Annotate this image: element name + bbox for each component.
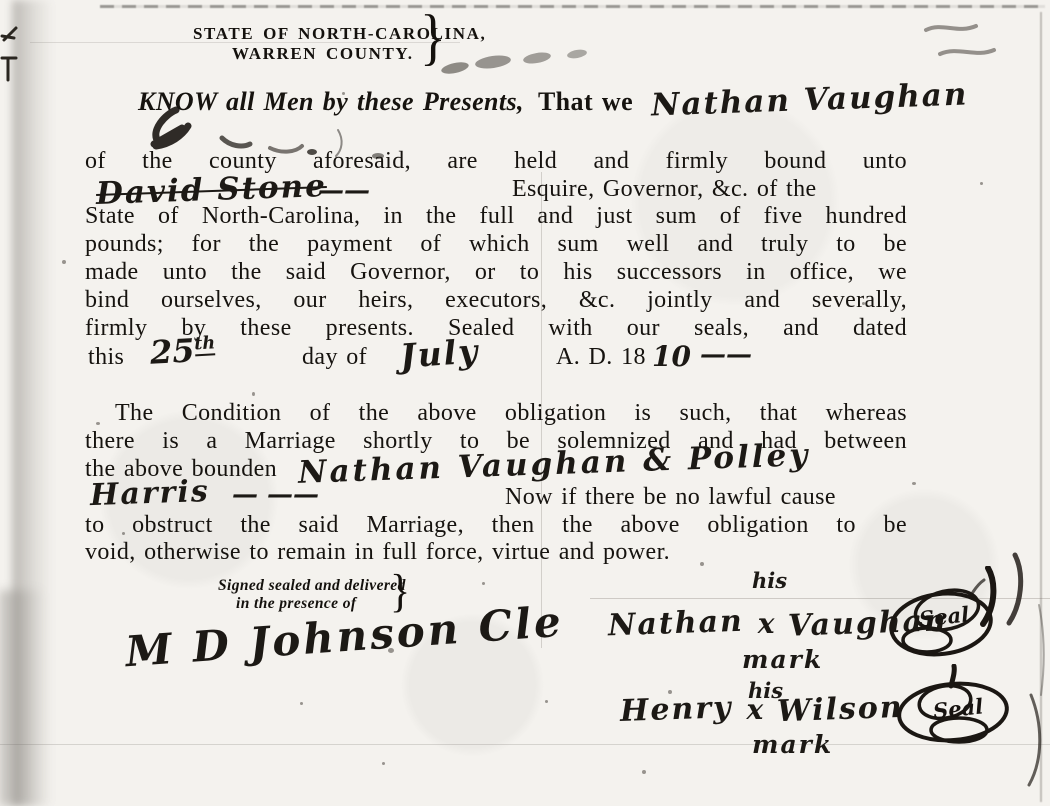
signer1-first-name: Nathan bbox=[607, 604, 744, 644]
signer1-seal-word: Seal bbox=[918, 601, 970, 631]
signer2-last-name: Wilson bbox=[777, 690, 905, 729]
surname-trailing-dashes: — —— bbox=[232, 480, 319, 510]
signer1-x-mark: x bbox=[758, 607, 775, 640]
date-this: this bbox=[88, 344, 124, 371]
signer2-name-line: Henry x Wilson bbox=[620, 692, 904, 727]
top-right-pencil-marks bbox=[918, 14, 1038, 66]
scanned-marriage-bond-document: STATE OF NORTH-CAROLINA, WARREN COUNTY. … bbox=[0, 0, 1050, 806]
header-brace: } bbox=[420, 6, 446, 68]
signer2-seal-word: Seal bbox=[932, 693, 984, 723]
opening-line: KNOW all Men by these Presents, That we … bbox=[138, 82, 968, 118]
date-year-handwritten: 10 bbox=[652, 340, 691, 373]
county-heading: WARREN COUNTY. bbox=[232, 44, 414, 64]
condition-line-4-printed: Now if there be no lawful cause bbox=[505, 484, 836, 511]
witness-attestation-line-1: Signed sealed and delivered bbox=[218, 577, 406, 595]
principal-name-handwritten: Nathan Vaughan bbox=[650, 76, 968, 123]
date-day-suffix: th bbox=[194, 333, 216, 357]
date-day-number: 25 bbox=[149, 331, 195, 371]
date-ad18: A. D. 18 bbox=[556, 344, 646, 371]
condition-line-1: The Condition of the above obligation is… bbox=[115, 400, 907, 427]
date-trailing-dash: —— bbox=[700, 340, 752, 370]
condition-line-5: to obstruct the said Marriage, then the … bbox=[85, 512, 907, 539]
bond-line-6: bind ourselves, our heirs, executors, &c… bbox=[85, 287, 907, 314]
signer2-seal: Seal bbox=[893, 664, 1021, 758]
left-edge-shadow-lower bbox=[0, 590, 56, 806]
signer2-x-mark: x bbox=[746, 693, 763, 726]
bond-line-2: Esquire, Governor, &c. of the bbox=[512, 176, 817, 203]
top-left-check-mark bbox=[0, 24, 34, 98]
bond-line-1: of the county aforesaid, are held and fi… bbox=[85, 148, 907, 175]
date-month-handwritten: July bbox=[399, 331, 481, 375]
top-scan-edge bbox=[100, 5, 1045, 8]
bond-line-3: State of North-Carolina, in the full and… bbox=[85, 203, 907, 230]
signer1-seal: Seal bbox=[885, 566, 1003, 670]
witness-attestation-line-2: in the presence of bbox=[236, 595, 356, 613]
signer2-mark-word: mark bbox=[752, 730, 833, 759]
bond-line-5: made unto the said Governor, or to his s… bbox=[85, 259, 907, 286]
signer1-mark-word: mark bbox=[742, 645, 823, 674]
that-we-text: That we bbox=[538, 87, 633, 116]
bride-surname-handwritten: Harris bbox=[89, 474, 210, 513]
date-day-of: day of bbox=[302, 344, 367, 371]
know-all-men-text: KNOW all Men by these Presents, bbox=[138, 87, 524, 116]
condition-line-6: void, otherwise to remain in full force,… bbox=[85, 539, 670, 566]
signer1-his: his bbox=[752, 568, 787, 593]
date-day-handwritten: 25th bbox=[149, 330, 216, 371]
bond-line-4: pounds; for the payment of which sum wel… bbox=[85, 231, 907, 258]
governor-dash: —— bbox=[318, 176, 370, 206]
signer2-first-name: Henry bbox=[619, 690, 733, 729]
